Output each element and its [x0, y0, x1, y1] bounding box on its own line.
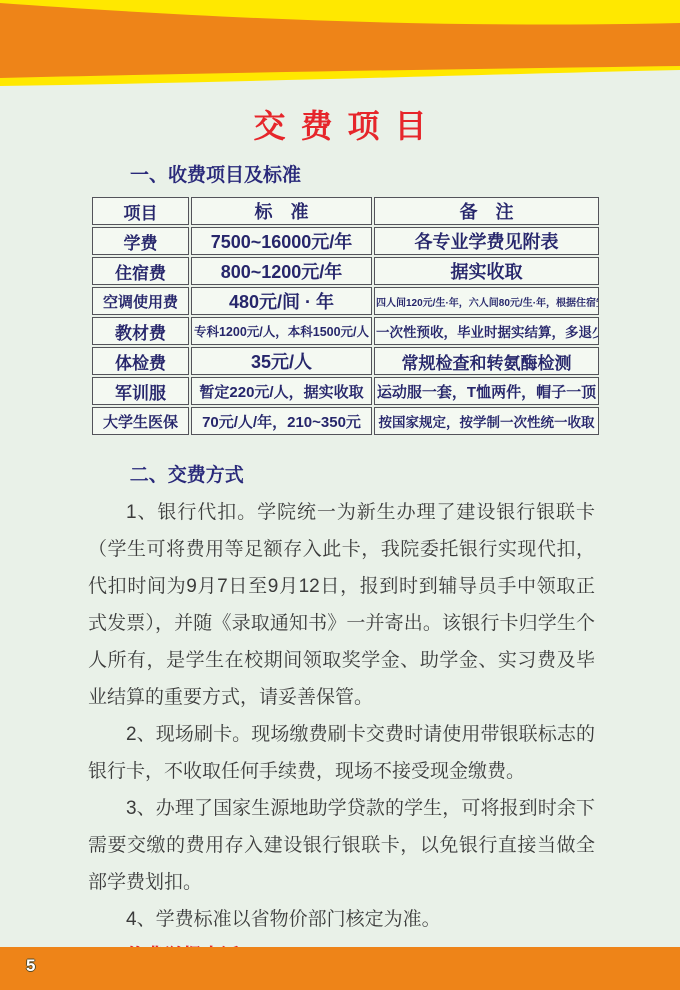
- paragraph-bank-withholding: 1、银行代扣。学院统一为新生办理了建设银行银联卡（学生可将费用等足额存入此卡，我…: [88, 494, 595, 716]
- cell-standard: 专科1200元/人，本科1500元/人: [191, 317, 372, 345]
- column-header-item: 项目: [92, 197, 189, 225]
- cell-item: 空调使用费: [92, 287, 189, 315]
- column-header-note: 备 注: [374, 197, 599, 225]
- cell-item: 教材费: [92, 317, 189, 345]
- cell-note: 一次性预收，毕业时据实结算，多退少补: [374, 317, 599, 345]
- table-row-textbook: 教材费 专科1200元/人，本科1500元/人 一次性预收，毕业时据实结算，多退…: [92, 317, 599, 345]
- cell-item: 住宿费: [92, 257, 189, 285]
- document-page: 交费项目 一、收费项目及标准 项目 标 准 备 注 学费 7500~16000元…: [0, 0, 680, 990]
- header-wave-decoration: [0, 0, 680, 95]
- cell-note: 各专业学费见附表: [374, 227, 599, 255]
- table-row-military-uniform: 军训服 暂定220元/人，据实收取 运动服一套，T恤两件，帽子一顶: [92, 377, 599, 405]
- footer-bar: 5: [0, 947, 680, 990]
- paragraph-onsite-card-payment: 2、现场刷卡。现场缴费刷卡交费时请使用带银联标志的银行卡，不收取任何手续费，现场…: [88, 716, 595, 790]
- cell-standard: 480元/间 · 年: [191, 287, 372, 315]
- column-header-standard: 标 准: [191, 197, 372, 225]
- paragraph-tuition-standard: 4、学费标准以省物价部门核定为准。: [88, 901, 595, 938]
- cell-note: 常规检查和转氨酶检测: [374, 347, 599, 375]
- cell-item: 军训服: [92, 377, 189, 405]
- cell-item: 体检费: [92, 347, 189, 375]
- page-title: 交费项目: [0, 101, 680, 147]
- cell-standard: 7500~16000元/年: [191, 227, 372, 255]
- table-row-tuition: 学费 7500~16000元/年 各专业学费见附表: [92, 227, 599, 255]
- cell-standard: 70元/人/年，210~350元: [191, 407, 372, 435]
- fee-table: 项目 标 准 备 注 学费 7500~16000元/年 各专业学费见附表 住宿费…: [90, 195, 601, 437]
- table-header-row: 项目 标 准 备 注: [92, 197, 599, 225]
- section2-heading: 二、交费方式: [88, 457, 595, 494]
- table-row-aircon: 空调使用费 480元/间 · 年 四人间120元/生·年，六人间80元/生·年，…: [92, 287, 599, 315]
- paragraph-student-loan: 3、办理了国家生源地助学贷款的学生，可将报到时余下需要交缴的费用存入建设银行银联…: [88, 790, 595, 901]
- cell-standard: 暂定220元/人，据实收取: [191, 377, 372, 405]
- page-number: 5: [26, 956, 35, 976]
- cell-item: 大学生医保: [92, 407, 189, 435]
- table-row-medical-insurance: 大学生医保 70元/人/年，210~350元 按国家规定，按学制一次性统一收取: [92, 407, 599, 435]
- cell-note: 据实收取: [374, 257, 599, 285]
- cell-standard: 35元/人: [191, 347, 372, 375]
- payment-methods-section: 二、交费方式 1、银行代扣。学院统一为新生办理了建设银行银联卡（学生可将费用等足…: [88, 457, 595, 975]
- cell-note: 四人间120元/生·年，六人间80元/生·年，根据住宿安排据实收取: [374, 287, 599, 315]
- table-row-accommodation: 住宿费 800~1200元/年 据实收取: [92, 257, 599, 285]
- cell-standard: 800~1200元/年: [191, 257, 372, 285]
- section1-heading: 一、收费项目及标准: [130, 160, 301, 187]
- cell-note: 运动服一套，T恤两件，帽子一顶: [374, 377, 599, 405]
- cell-note: 按国家规定，按学制一次性统一收取: [374, 407, 599, 435]
- cell-item: 学费: [92, 227, 189, 255]
- table-row-physical-exam: 体检费 35元/人 常规检查和转氨酶检测: [92, 347, 599, 375]
